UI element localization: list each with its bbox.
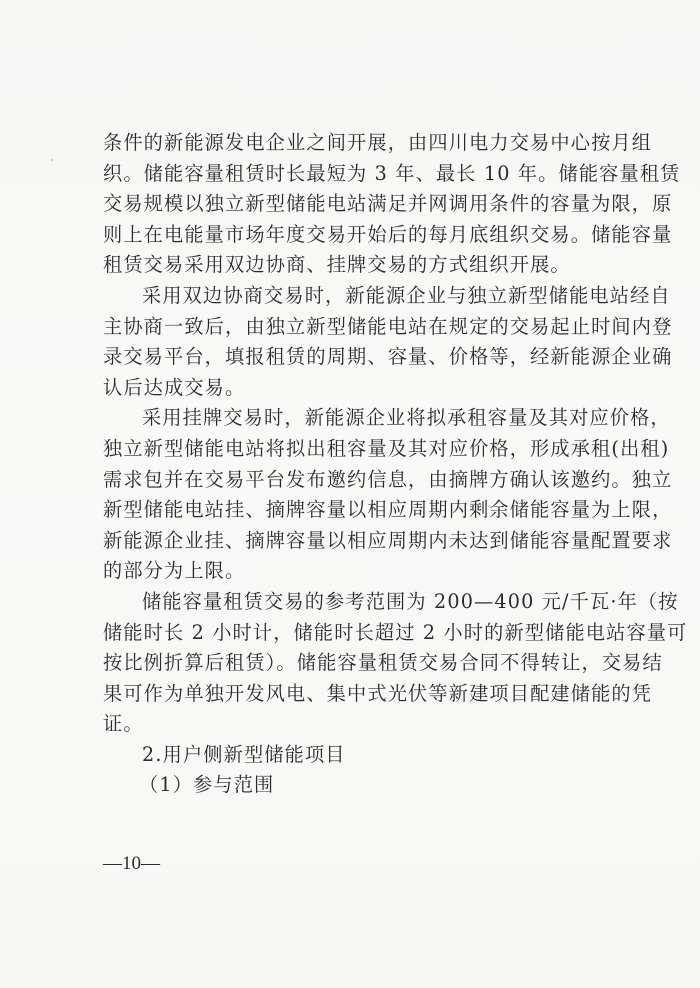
subsection-heading: （1）参与范围 [103, 770, 599, 801]
text-line: 储能容量租赁交易的参考范围为 200—400 元/千瓦·年（按 [103, 587, 599, 618]
text-line: 新型储能电站挂、摘牌容量以相应周期内剩余储能容量为上限， [103, 495, 599, 526]
text-line: 果可作为单独开发风电、集中式光伏等新建项目配建储能的凭 [103, 679, 599, 710]
paragraph-bilateral-negotiation: 采用双边协商交易时，新能源企业与独立新型储能电站经自 主协商一致后，由独立新型储… [103, 281, 599, 403]
text-line: 按比例折算后租赁）。储能容量租赁交易合同不得转让，交易结 [103, 648, 599, 679]
section-heading: 2.用户侧新型储能项目 [103, 740, 599, 771]
text-line: 主协商一致后，由独立新型储能电站在规定的交易起止时间内登 [103, 312, 599, 343]
text-line: 新能源企业挂、摘牌容量以相应周期内未达到储能容量配置要求 [103, 526, 599, 557]
text-line: 采用挂牌交易时，新能源企业将拟承租容量及其对应价格， [103, 403, 599, 434]
scan-speck [51, 159, 53, 161]
text-line: 条件的新能源发电企业之间开展，由四川电力交易中心按月组 [103, 128, 599, 159]
text-line: 录交易平台，填报租赁的周期、容量、价格等，经新能源企业确 [103, 342, 599, 373]
document-body: 条件的新能源发电企业之间开展，由四川电力交易中心按月组 织。储能容量租赁时长最短… [103, 128, 599, 801]
paragraph-reference-price: 储能容量租赁交易的参考范围为 200—400 元/千瓦·年（按 储能时长 2 小… [103, 587, 599, 740]
text-line: 则上在电能量市场年度交易开始后的每月底组织交易。储能容量 [103, 220, 599, 251]
text-line: 储能时长 2 小时计，储能时长超过 2 小时的新型储能电站容量可 [103, 618, 599, 649]
text-line: 需求包并在交易平台发布邀约信息，由摘牌方确认该邀约。独立 [103, 465, 599, 496]
page-number: —10— [103, 853, 160, 875]
text-line: 租赁交易采用双边协商、挂牌交易的方式组织开展。 [103, 250, 599, 281]
document-page: 条件的新能源发电企业之间开展，由四川电力交易中心按月组 织。储能容量租赁时长最短… [0, 0, 700, 988]
paragraph-listing-trade: 采用挂牌交易时，新能源企业将拟承租容量及其对应价格， 独立新型储能电站将拟出租容… [103, 403, 599, 587]
text-line: 采用双边协商交易时，新能源企业与独立新型储能电站经自 [103, 281, 599, 312]
text-line: 证。 [103, 709, 599, 740]
paragraph-lease-organization: 条件的新能源发电企业之间开展，由四川电力交易中心按月组 织。储能容量租赁时长最短… [103, 128, 599, 281]
text-line: 织。储能容量租赁时长最短为 3 年、最长 10 年。储能容量租赁 [103, 159, 599, 190]
text-line: 认后达成交易。 [103, 373, 599, 404]
text-line: 独立新型储能电站将拟出租容量及其对应价格，形成承租(出租) [103, 434, 599, 465]
text-line: 交易规模以独立新型储能电站满足并网调用条件的容量为限，原 [103, 189, 599, 220]
text-line: 的部分为上限。 [103, 556, 599, 587]
